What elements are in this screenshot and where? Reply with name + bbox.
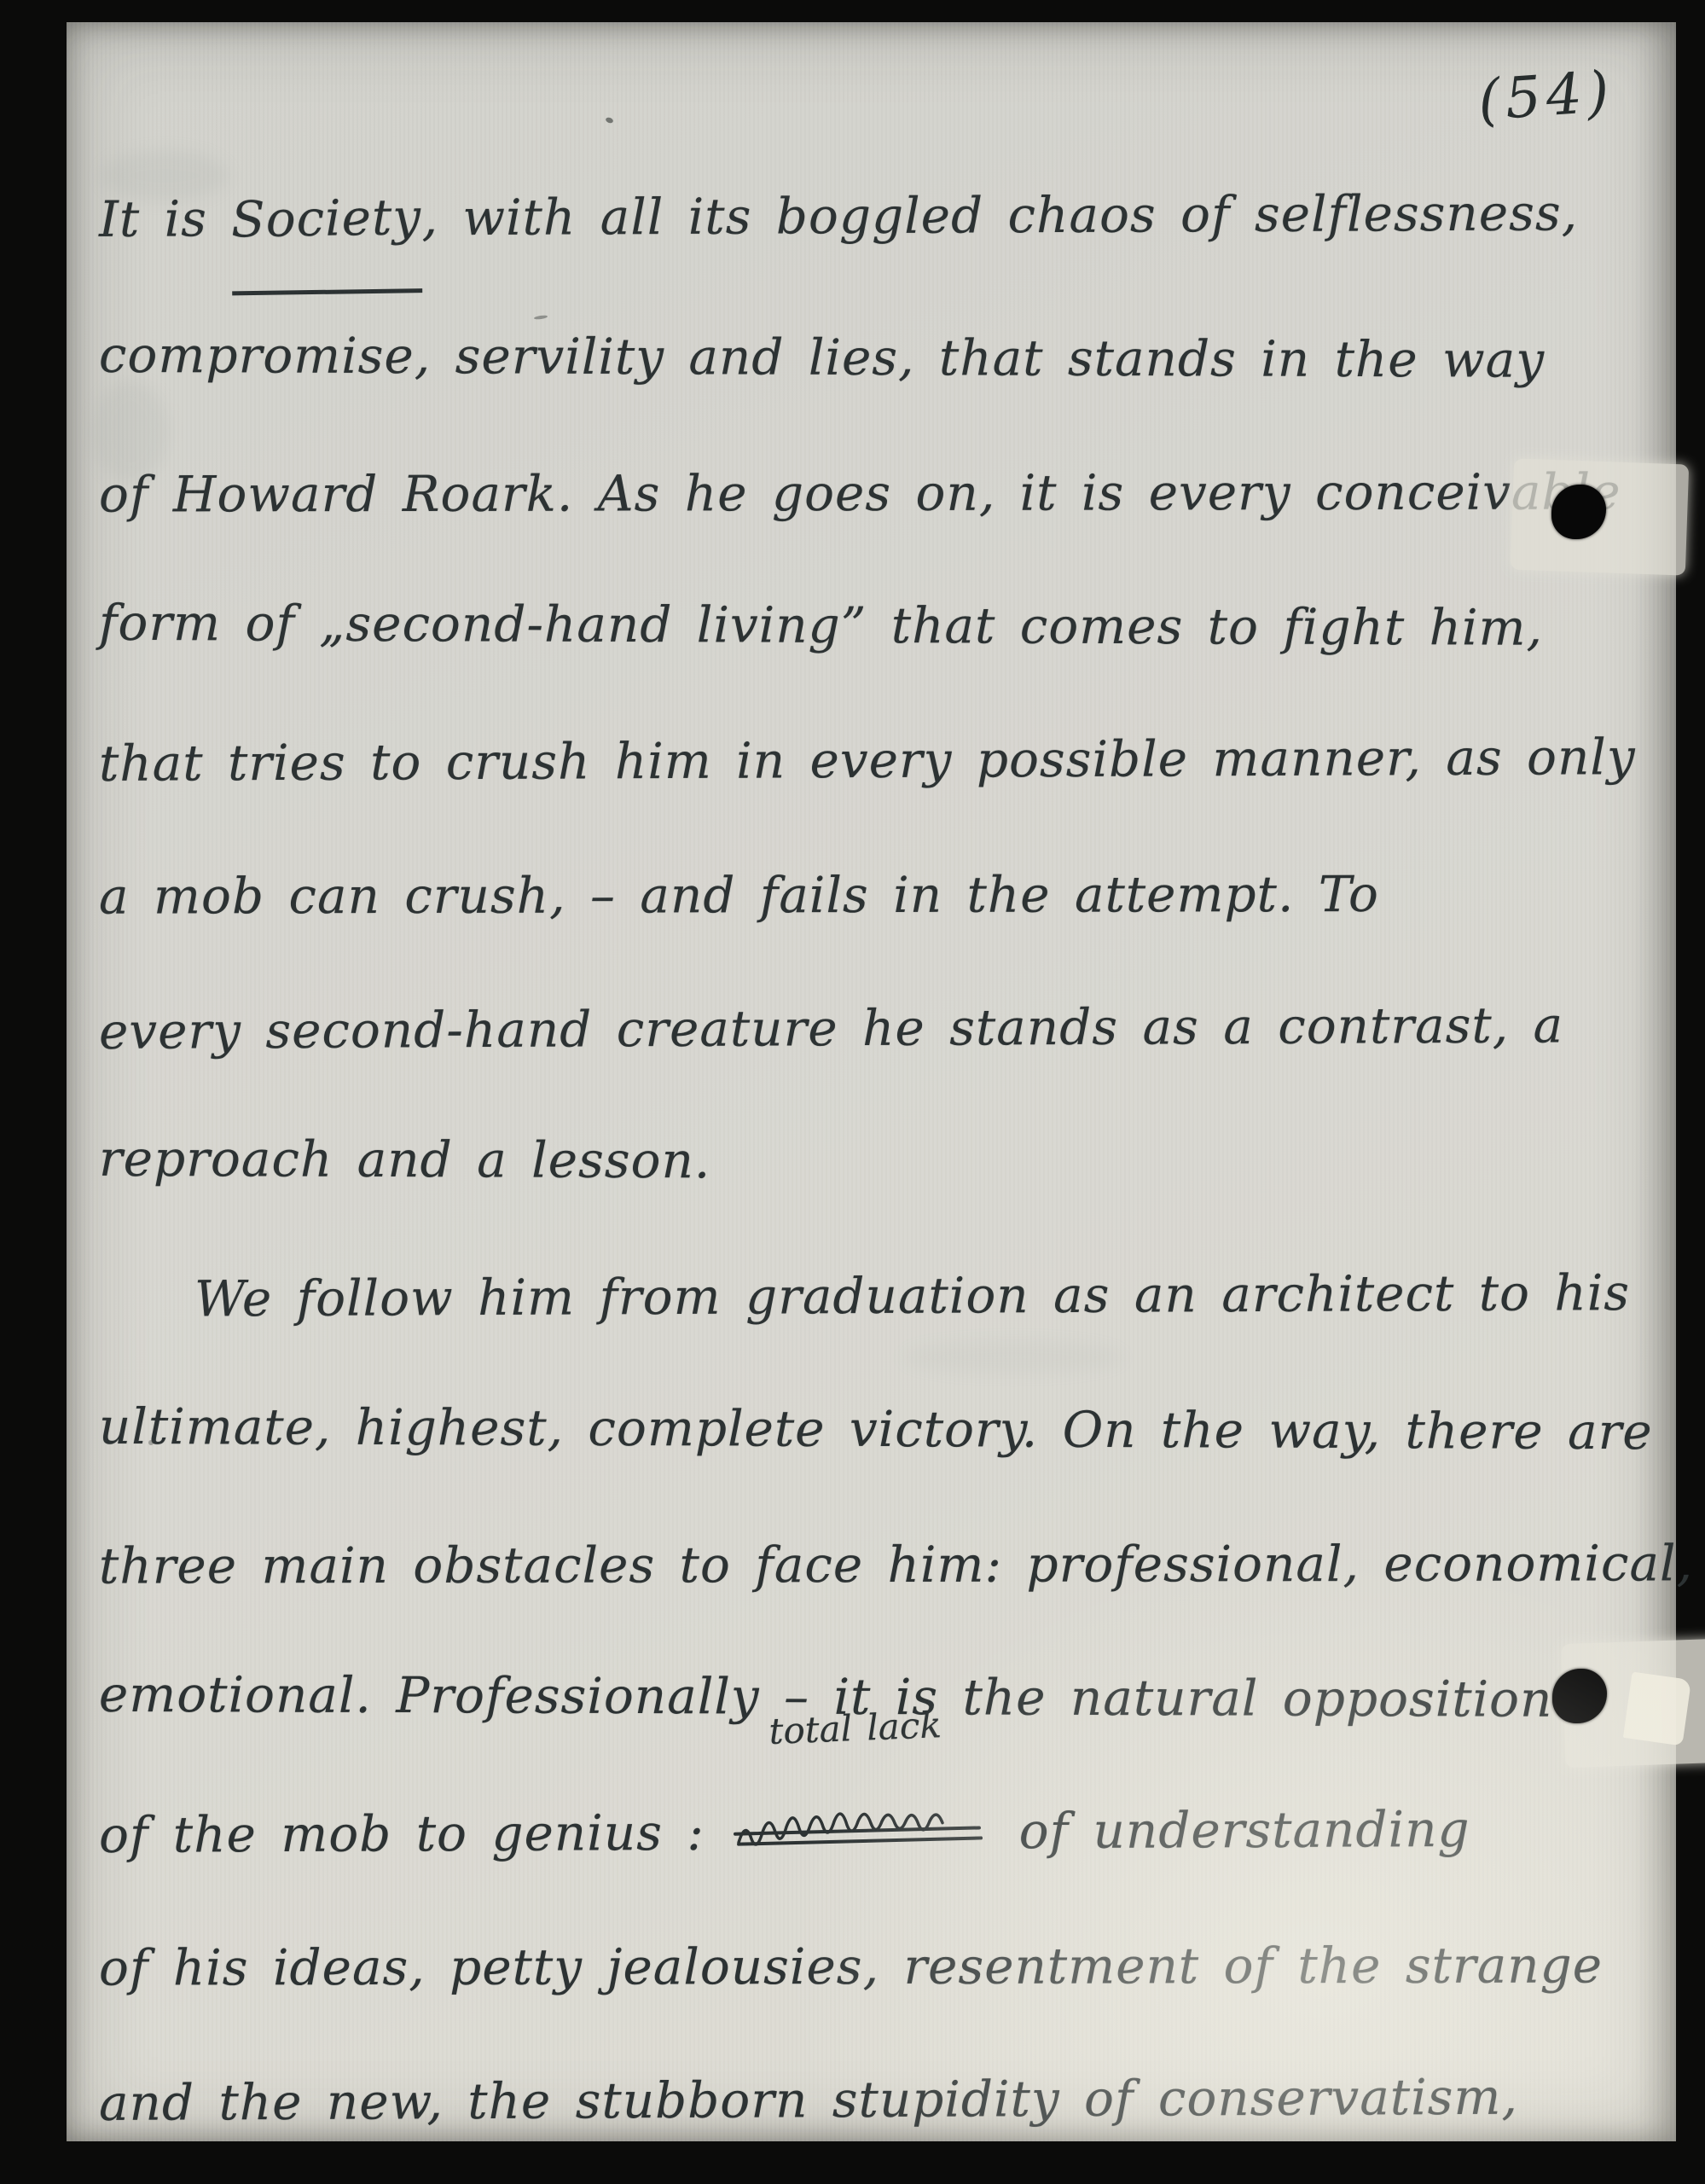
text-segment: of Howard Roark. As he goes on, it is ev… (99, 462, 1621, 523)
handwritten-line: that tries to crush him in every possibl… (99, 690, 1644, 831)
handwritten-line: and the new, the stubborn stupidity of c… (99, 2030, 1644, 2170)
manuscript-page: (54) It is Society, with all its boggled… (67, 22, 1676, 2141)
page-number: (54) (1476, 59, 1616, 134)
text-segment: , with all its boggled chaos of selfless… (421, 183, 1578, 247)
text-segment: and the new, the stubborn stupidity of c… (99, 2068, 1518, 2132)
ink-speck (605, 117, 614, 125)
text-segment: compromise, servility and lies, that sta… (99, 326, 1545, 389)
handwritten-line: of his ideas, petty jealousies, resentme… (99, 1898, 1643, 2035)
handwritten-line: every second-hand creature he stands as … (99, 958, 1644, 1099)
handwritten-line: form of „second-hand living” that comes … (99, 556, 1644, 695)
handwritten-line: of Howard Roark. As he goes on, it is ev… (99, 425, 1643, 561)
inserted-text-above-line: total lack (768, 1707, 942, 1750)
text-segment: every second-hand creature he stands as … (99, 996, 1563, 1060)
text-segment: reproach and a lesson. (99, 1130, 711, 1190)
handwritten-line: of the mob to genius : total lack of und… (99, 1762, 1644, 1902)
handwritten-line: compromise, servility and lies, that sta… (99, 288, 1644, 427)
text-segment: three main obstacles to face him: profes… (99, 1534, 1693, 1594)
paragraph: We follow him from graduation as an arch… (99, 1228, 1643, 2166)
text-segment: It is (99, 189, 232, 248)
text-segment: that tries to crush him in every possibl… (99, 728, 1636, 793)
paragraph: It is Society, with all its boggled chao… (99, 148, 1643, 1228)
handwritten-line: three main obstacles to face him: profes… (99, 1496, 1643, 1633)
text-segment: of understanding (995, 1800, 1470, 1860)
text-segment: of his ideas, petty jealousies, resentme… (99, 1937, 1603, 1997)
handwritten-line: reproach and a lesson. (99, 1092, 1644, 1231)
handwritten-line: ultimate, highest, complete victory. On … (99, 1360, 1644, 1499)
ink-speck (148, 1440, 154, 1445)
text-segment: ultimate, highest, complete victory. On … (99, 1397, 1653, 1461)
underlined-word: Society (230, 150, 423, 295)
handwritten-line: a mob can crush, – and fails in the atte… (99, 827, 1643, 963)
handwritten-line: We follow him from graduation as an arch… (99, 1226, 1644, 1367)
text-segment: form of „second-hand living” that comes … (99, 594, 1543, 657)
crossed-out-word: total lack (734, 1764, 990, 1899)
text-segment: a mob can crush, – and fails in the atte… (99, 865, 1379, 926)
text-segment: We follow him from graduation as an arch… (194, 1263, 1630, 1327)
text-segment: of the mob to genius : (99, 1804, 729, 1864)
handwritten-line: It is Society, with all its boggled chao… (99, 146, 1644, 295)
manuscript-text: It is Society, with all its boggled chao… (99, 148, 1643, 2166)
